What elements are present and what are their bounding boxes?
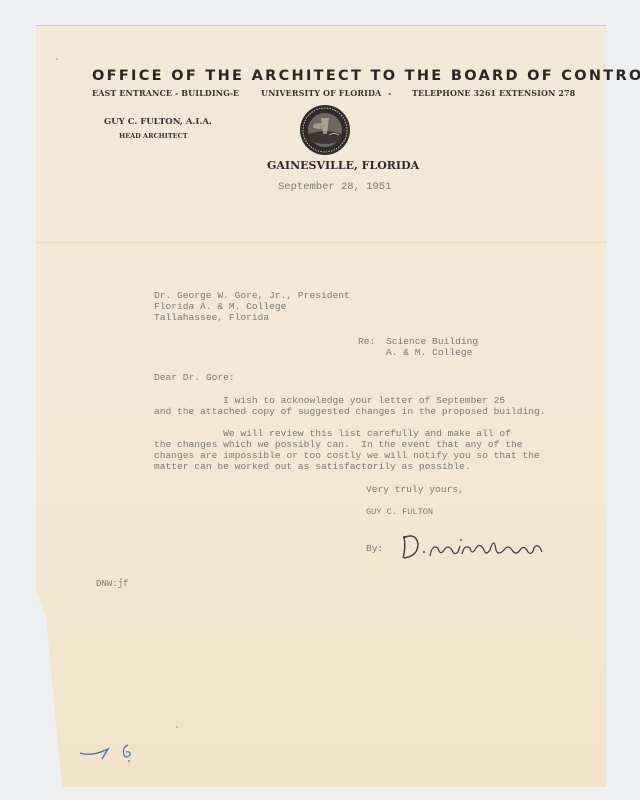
state-seal-icon xyxy=(299,104,351,156)
letterhead-university: UNIVERSITY OF FLORIDA xyxy=(261,88,381,98)
by-label: By: xyxy=(366,543,383,554)
closing: Very truly yours, xyxy=(366,484,464,495)
body-line: and the attached copy of suggested chang… xyxy=(154,406,546,417)
letterhead-separator: - xyxy=(230,88,233,98)
letterhead-title: OFFICE OF THE ARCHITECT TO THE BOARD OF … xyxy=(92,68,552,84)
handwritten-signature xyxy=(400,530,550,562)
body-line: changes are impossible or too costly we … xyxy=(154,450,540,461)
salutation: Dear Dr. Gore: xyxy=(154,372,235,383)
letter-date: September 28, 1951 xyxy=(278,182,391,193)
re-line: A. & M. College xyxy=(386,347,472,358)
letterhead-phone: TELEPHONE 3261 EXTENSION 278 xyxy=(412,88,575,98)
paper-speck xyxy=(176,726,178,728)
letterhead-separator: - xyxy=(388,88,391,98)
architect-name: GUY C. FULTON, A.I.A. xyxy=(104,117,212,127)
re-line: Science Building xyxy=(386,336,478,347)
fold-crease xyxy=(36,242,606,243)
architect-role: HEAD ARCHITECT xyxy=(119,132,188,140)
signer-name: GUY C. FULTON xyxy=(366,507,433,518)
typist-initials: DNW:jf xyxy=(96,579,128,590)
recipient-line: Tallahassee, Florida xyxy=(154,312,269,323)
body-line: matter can be worked out as satisfactori… xyxy=(154,461,471,472)
body-line: the changes which we possibly can. In th… xyxy=(154,439,522,450)
recipient-line: Florida A. & M. College xyxy=(154,301,286,312)
letterhead-address: EAST ENTRANCE - BUILDING E xyxy=(92,88,239,98)
body-line: I wish to acknowledge your letter of Sep… xyxy=(154,395,505,406)
body-line: We will review this list carefully and m… xyxy=(154,428,511,439)
paper-speck xyxy=(56,58,58,60)
recipient-line: Dr. George W. Gore, Jr., President xyxy=(154,290,350,301)
pencil-annotation xyxy=(78,735,148,765)
letterhead-city: GAINESVILLE, FLORIDA xyxy=(267,159,419,172)
re-label: Re: xyxy=(358,336,375,347)
